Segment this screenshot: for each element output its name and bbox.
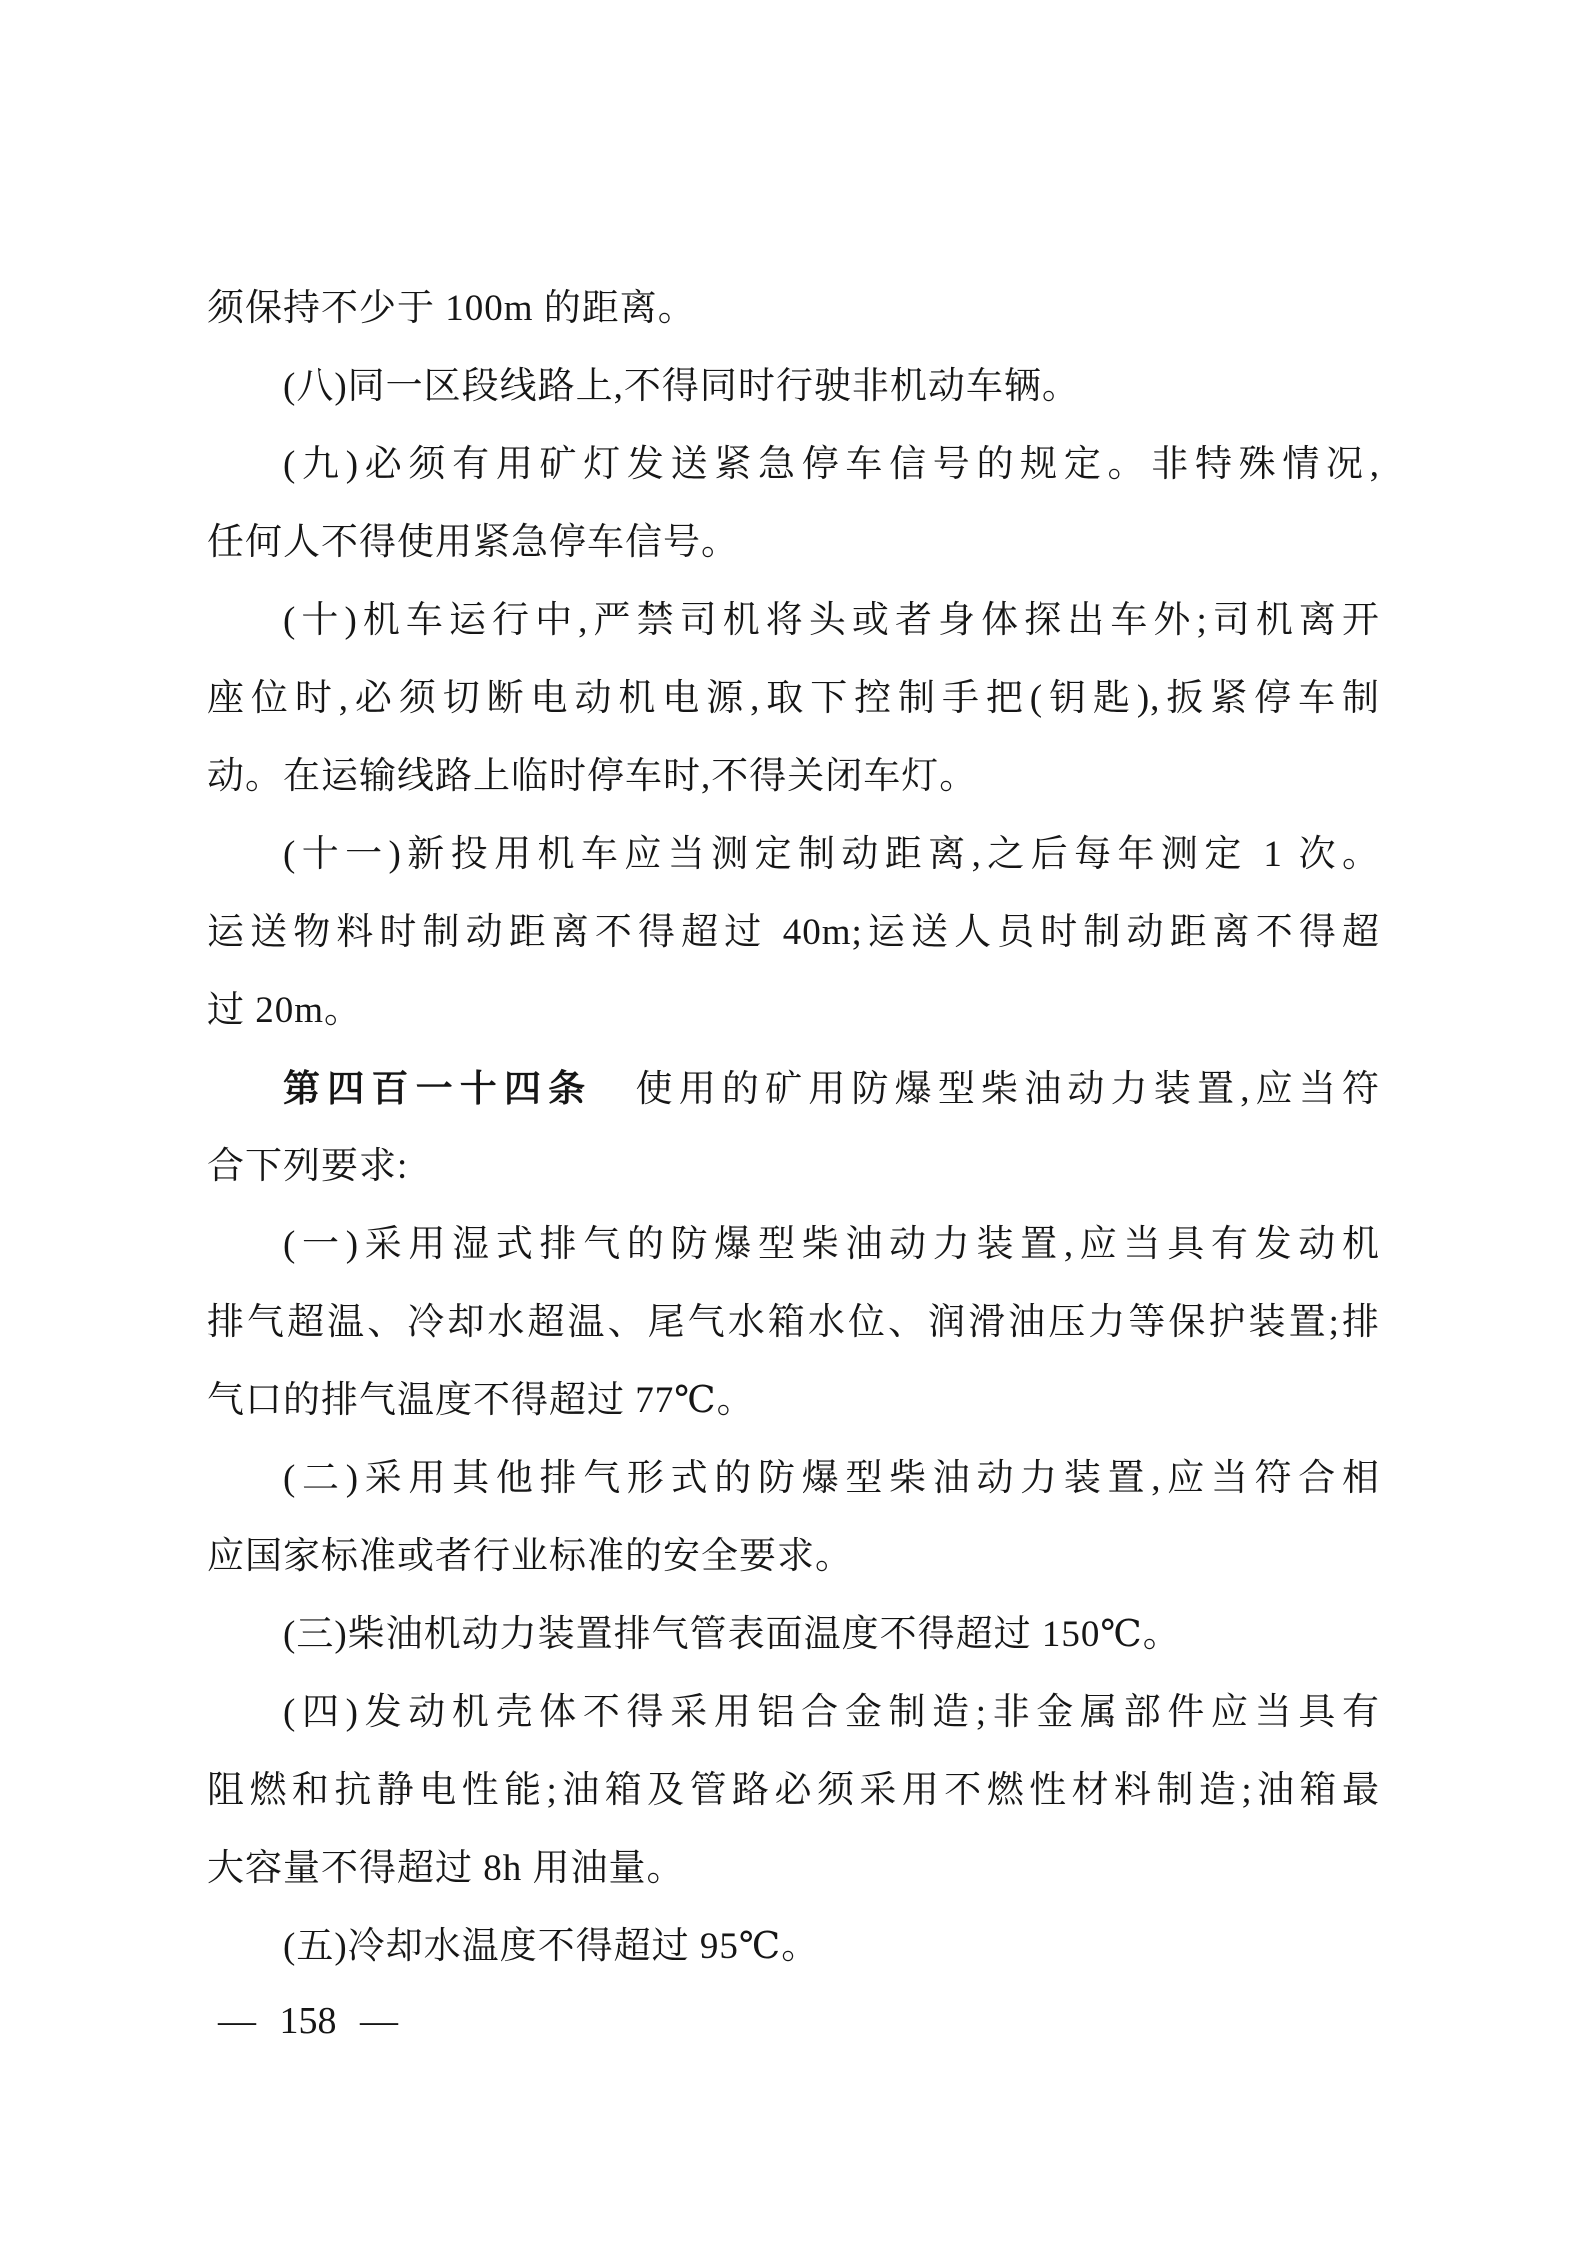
paragraph-line-item11: (十一)新投用机车应当测定制动距离,之后每年测定 1 次。 (207, 816, 1380, 894)
article-heading-text: 使用的矿用防爆型柴油动力装置,应当符 (592, 1069, 1380, 1110)
paragraph-line: 过 20m。 (207, 972, 1380, 1050)
paragraph-line: 应国家标准或者行业标准的安全要求。 (207, 1518, 1380, 1596)
paragraph-line-item2: (二)采用其他排气形式的防爆型柴油动力装置,应当符合相 (207, 1440, 1380, 1518)
document-page: 须保持不少于 100m 的距离。 (八)同一区段线路上,不得同时行驶非机动车辆。… (0, 0, 1587, 2245)
paragraph-line: 阻燃和抗静电性能;油箱及管路必须采用不燃性材料制造;油箱最 (207, 1752, 1380, 1830)
paragraph-line: 排气超温、冷却水超温、尾气水箱水位、润滑油压力等保护装置;排 (207, 1284, 1380, 1362)
paragraph-line: 座位时,必须切断电动机电源,取下控制手把(钥匙),扳紧停车制 (207, 660, 1380, 738)
paragraph-line-item9: (九)必须有用矿灯发送紧急停车信号的规定。非特殊情况, (207, 426, 1380, 504)
paragraph-line-item4: (四)发动机壳体不得采用铝合金制造;非金属部件应当具有 (207, 1674, 1380, 1752)
paragraph-line: 合下列要求: (207, 1128, 1380, 1206)
paragraph-line-item1: (一)采用湿式排气的防爆型柴油动力装置,应当具有发动机 (207, 1206, 1380, 1284)
body-text-block: 须保持不少于 100m 的距离。 (八)同一区段线路上,不得同时行驶非机动车辆。… (207, 270, 1380, 1986)
paragraph-line: 须保持不少于 100m 的距离。 (207, 270, 1380, 348)
article-number: 第四百一十四条 (283, 1068, 592, 1109)
paragraph-line-item8: (八)同一区段线路上,不得同时行驶非机动车辆。 (207, 348, 1380, 426)
paragraph-line: 任何人不得使用紧急停车信号。 (207, 504, 1380, 582)
paragraph-line-item10: (十)机车运行中,严禁司机将头或者身体探出车外;司机离开 (207, 582, 1380, 660)
article-heading-line: 第四百一十四条 使用的矿用防爆型柴油动力装置,应当符 (207, 1050, 1380, 1128)
paragraph-line: 大容量不得超过 8h 用油量。 (207, 1830, 1380, 1908)
paragraph-line: 动。在运输线路上临时停车时,不得关闭车灯。 (207, 738, 1380, 816)
paragraph-line: 气口的排气温度不得超过 77℃。 (207, 1362, 1380, 1440)
page-number: — 158 — (218, 1996, 398, 2046)
paragraph-line-item5: (五)冷却水温度不得超过 95℃。 (207, 1908, 1380, 1986)
paragraph-line: 运送物料时制动距离不得超过 40m;运送人员时制动距离不得超 (207, 894, 1380, 972)
paragraph-line-item3: (三)柴油机动力装置排气管表面温度不得超过 150℃。 (207, 1596, 1380, 1674)
